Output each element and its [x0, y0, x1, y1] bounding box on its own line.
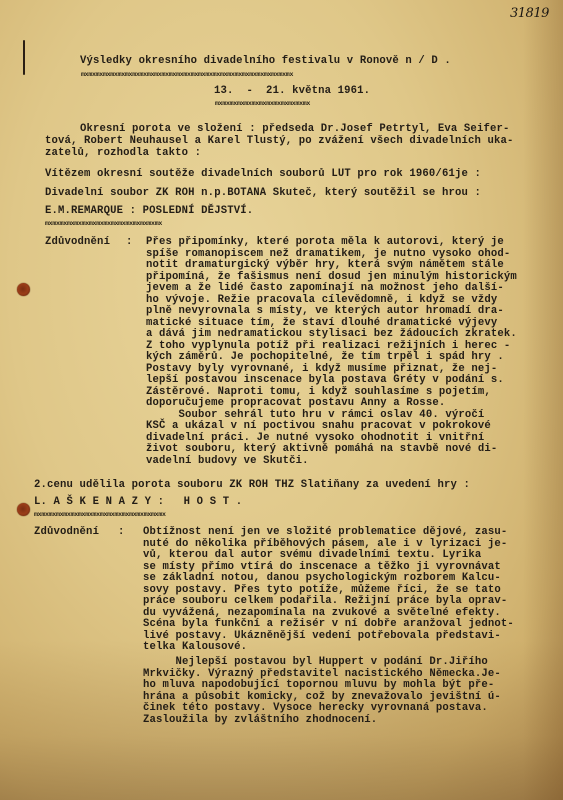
reason-line: doporučujeme propracovat postavu Anny a … [146, 398, 445, 410]
reason-line: KSČ a ukázal v ní poctivou snahu pracova… [146, 421, 491, 433]
intro-line: Okresní porota ve složení : předseda Dr.… [80, 124, 509, 136]
second-prize-line: 2.cenu udělila porota souboru ZK ROH THZ… [34, 480, 470, 492]
reason-line: plně nevyrovnala s místy, ve kterých aut… [146, 306, 504, 318]
ensemble-line: Divadelní soubor ZK ROH n.p.BOTANA Skute… [45, 188, 481, 200]
paper-right-shading [523, 0, 563, 800]
reason-colon: : [118, 527, 125, 539]
reason-line: a dává jim nedramatickou stylisaci bez ž… [146, 329, 517, 341]
punch-hole-bottom [17, 503, 30, 516]
festival-dates: 13. - 21. května 1961. [214, 86, 370, 98]
play-2-title: L. A Š K E N A Z Y : H O S T . [34, 497, 242, 509]
reason-line: Obtížnost není jen ve složité problemati… [143, 527, 507, 539]
reason-line: Nejlepší postavou byl Huppert v podání D… [143, 657, 488, 669]
document-title: Výsledky okresního divadelního festivalu… [80, 56, 451, 68]
reason-colon: : [126, 237, 133, 249]
reason-line: Zasloužila by zvláštního zhodnocení. [143, 715, 377, 727]
reason-line: jevem a že lidé často zapomínají na možn… [146, 283, 504, 295]
archive-number: 31819 [510, 6, 549, 21]
reason-line: se základní notou, danou psychologickým … [143, 573, 501, 585]
reason-line: lepší postavou inscenace byla postava Gr… [146, 375, 504, 387]
reason-label: Zdůvodnění [34, 527, 99, 539]
punch-hole-top [17, 283, 30, 296]
reason-line: Přes připomínky, které porota měla k aut… [146, 237, 504, 249]
intro-line: zatelů, rozhodla takto : [45, 148, 201, 160]
reason-line: vadelní budovy ve Skutči. [146, 456, 309, 468]
reason-line: vů, kterou dal autor svému divadelními t… [143, 550, 481, 562]
reason-line: život souboru, který aktivně pomáhá na s… [146, 444, 497, 456]
reason-line: notit dramaturgický výběr hry, která svý… [146, 260, 504, 272]
reason-line: práce souboru celkem podařila. Režijní p… [143, 596, 507, 608]
reason-line: Scéna byla funkční a režisér v ní dobře … [143, 619, 514, 631]
dates-underline: mxmxmxmxmxmxmxmxmxmxmxmxmx [215, 100, 310, 107]
reason-label: Zdůvodnění [45, 237, 110, 249]
reason-line: kých záměrů. Je pochopitelné, že tím trp… [146, 352, 504, 364]
winner-line: Vítězem okresní soutěže divadelních soub… [45, 169, 481, 181]
pen-mark [23, 40, 25, 75]
reason-line: činek této postavy. Vysoce herecky vyrov… [143, 703, 488, 715]
title-underline: mxmxmxmxmxmxmxmxmxmxmxmxmxmxmxmxmxmxmxmx… [81, 71, 293, 78]
play-1-underline: mxmxmxmxmxmxmxmxmxmxmxmxmxmxmxmx [45, 220, 162, 227]
reason-line: telka Kalousové. [143, 642, 247, 654]
reason-line: ho mluva napodobující topornou mluvu by … [143, 680, 494, 692]
intro-line: tová, Robert Neuhausel a Karel Tlustý, p… [45, 136, 514, 148]
play-1-title: E.M.REMARQUE : POSLEDNÍ DĚJSTVÍ. [45, 206, 253, 218]
play-2-underline: mxmxmxmxmxmxmxmxmxmxmxmxmxmxmxmxmxmx [34, 511, 166, 518]
